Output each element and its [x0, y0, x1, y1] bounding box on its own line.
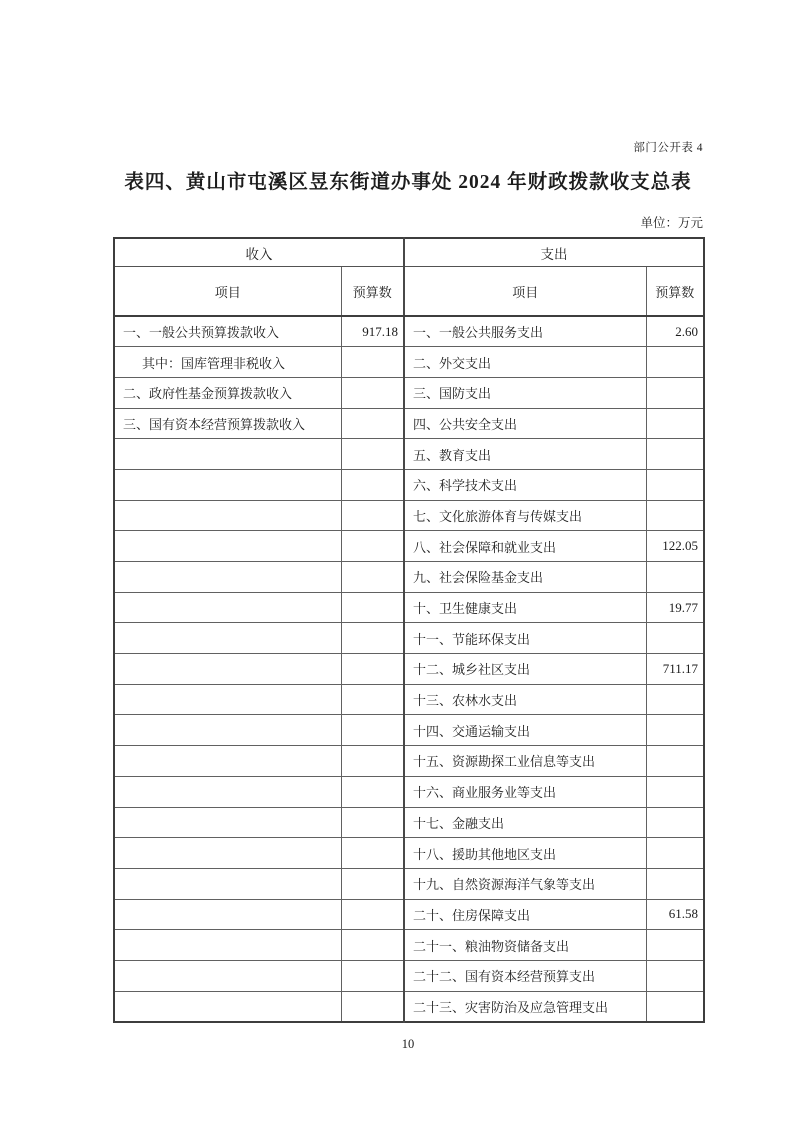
income-budget-cell: [341, 562, 404, 593]
income-item-cell: [114, 960, 341, 991]
table-row: 二十一、粮油物资储备支出: [114, 930, 704, 961]
income-budget-column-header: 预算数: [341, 267, 404, 317]
table-row: 九、社会保险基金支出: [114, 562, 704, 593]
income-budget-cell: [341, 347, 404, 378]
expense-item-cell: 二、外交支出: [404, 347, 646, 378]
expense-item-column-header: 项目: [404, 267, 646, 317]
income-budget-cell: [341, 469, 404, 500]
table-row: 六、科学技术支出: [114, 469, 704, 500]
table-row: 十、卫生健康支出19.77: [114, 592, 704, 623]
income-item-cell: 二、政府性基金预算拨款收入: [114, 377, 341, 408]
income-item-cell: [114, 868, 341, 899]
income-budget-cell: [341, 899, 404, 930]
income-budget-cell: [341, 868, 404, 899]
expense-item-cell: 十五、资源勘探工业信息等支出: [404, 746, 646, 777]
expense-budget-cell: [646, 930, 704, 961]
income-item-cell: [114, 623, 341, 654]
income-item-cell: [114, 684, 341, 715]
table-row: 二十、住房保障支出61.58: [114, 899, 704, 930]
expense-budget-cell: [646, 408, 704, 439]
expense-item-cell: 十、卫生健康支出: [404, 592, 646, 623]
income-budget-cell: [341, 960, 404, 991]
unit-label: 单位：万元: [113, 213, 703, 231]
expense-budget-cell: 2.60: [646, 316, 704, 347]
income-budget-cell: [341, 991, 404, 1022]
income-section-header: 收入: [114, 238, 404, 267]
expense-budget-cell: [646, 776, 704, 807]
table-header: 收入 支出 项目 预算数 项目 预算数: [114, 238, 704, 316]
income-item-cell: [114, 439, 341, 470]
table-row: 十六、商业服务业等支出: [114, 776, 704, 807]
expense-budget-cell: 61.58: [646, 899, 704, 930]
table-row: 十九、自然资源海洋气象等支出: [114, 868, 704, 899]
income-budget-cell: [341, 654, 404, 685]
expense-item-cell: 三、国防支出: [404, 377, 646, 408]
table-row: 七、文化旅游体育与传媒支出: [114, 500, 704, 531]
income-budget-cell: [341, 715, 404, 746]
expense-item-cell: 二十一、粮油物资储备支出: [404, 930, 646, 961]
income-item-cell: 一、一般公共预算拨款收入: [114, 316, 341, 347]
expense-item-cell: 二十三、灾害防治及应急管理支出: [404, 991, 646, 1022]
table-row: 五、教育支出: [114, 439, 704, 470]
income-budget-cell: [341, 684, 404, 715]
income-budget-cell: 917.18: [341, 316, 404, 347]
expense-budget-cell: [646, 868, 704, 899]
income-item-cell: [114, 807, 341, 838]
expense-item-cell: 五、教育支出: [404, 439, 646, 470]
income-budget-cell: [341, 500, 404, 531]
income-item-cell: [114, 562, 341, 593]
table-row: 十一、节能环保支出: [114, 623, 704, 654]
expense-item-cell: 二十、住房保障支出: [404, 899, 646, 930]
income-item-cell: [114, 899, 341, 930]
table-row: 二、政府性基金预算拨款收入三、国防支出: [114, 377, 704, 408]
income-budget-cell: [341, 930, 404, 961]
expense-item-cell: 十三、农林水支出: [404, 684, 646, 715]
expense-item-cell: 十八、援助其他地区支出: [404, 838, 646, 869]
income-budget-cell: [341, 776, 404, 807]
budget-table: 收入 支出 项目 预算数 项目 预算数 一、一般公共预算拨款收入917.18一、…: [113, 237, 705, 1023]
expense-item-cell: 十四、交通运输支出: [404, 715, 646, 746]
expense-budget-cell: 711.17: [646, 654, 704, 685]
table-row: 八、社会保障和就业支出122.05: [114, 531, 704, 562]
income-budget-cell: [341, 838, 404, 869]
income-item-cell: [114, 654, 341, 685]
expense-budget-cell: [646, 377, 704, 408]
expense-item-cell: 十九、自然资源海洋气象等支出: [404, 868, 646, 899]
page-title: 表四、黄山市屯溪区昱东街道办事处 2024 年财政拨款收支总表: [113, 166, 703, 194]
expense-budget-cell: [646, 562, 704, 593]
table-row: 十三、农林水支出: [114, 684, 704, 715]
income-item-cell: [114, 746, 341, 777]
table-row: 十四、交通运输支出: [114, 715, 704, 746]
page-number: 10: [113, 1037, 703, 1052]
expense-item-cell: 十二、城乡社区支出: [404, 654, 646, 685]
document-page: 部门公开表 4 表四、黄山市屯溪区昱东街道办事处 2024 年财政拨款收支总表 …: [113, 139, 703, 1052]
expense-item-cell: 九、社会保险基金支出: [404, 562, 646, 593]
income-item-cell: [114, 592, 341, 623]
expense-budget-cell: [646, 746, 704, 777]
expense-budget-cell: [646, 500, 704, 531]
income-budget-cell: [341, 408, 404, 439]
income-item-cell: [114, 469, 341, 500]
table-row: 二十三、灾害防治及应急管理支出: [114, 991, 704, 1022]
doc-label: 部门公开表 4: [113, 139, 703, 155]
group-header-row: 收入 支出: [114, 238, 704, 267]
income-item-cell: 其中：国库管理非税收入: [114, 347, 341, 378]
expense-item-cell: 四、公共安全支出: [404, 408, 646, 439]
income-budget-cell: [341, 377, 404, 408]
expense-item-cell: 七、文化旅游体育与传媒支出: [404, 500, 646, 531]
table-row: 十八、援助其他地区支出: [114, 838, 704, 869]
expense-budget-cell: [646, 684, 704, 715]
income-item-column-header: 项目: [114, 267, 341, 317]
expense-item-cell: 二十二、国有资本经营预算支出: [404, 960, 646, 991]
table-row: 三、国有资本经营预算拨款收入四、公共安全支出: [114, 408, 704, 439]
table-row: 十五、资源勘探工业信息等支出: [114, 746, 704, 777]
income-budget-cell: [341, 807, 404, 838]
expense-budget-cell: [646, 991, 704, 1022]
income-budget-cell: [341, 746, 404, 777]
expense-item-cell: 六、科学技术支出: [404, 469, 646, 500]
expense-budget-cell: 19.77: [646, 592, 704, 623]
expense-budget-column-header: 预算数: [646, 267, 704, 317]
expense-item-cell: 一、一般公共服务支出: [404, 316, 646, 347]
expense-item-cell: 十一、节能环保支出: [404, 623, 646, 654]
expense-budget-cell: [646, 623, 704, 654]
expense-budget-cell: [646, 347, 704, 378]
income-item-cell: [114, 991, 341, 1022]
expense-item-cell: 十七、金融支出: [404, 807, 646, 838]
expense-budget-cell: [646, 439, 704, 470]
table-body: 一、一般公共预算拨款收入917.18一、一般公共服务支出2.60其中：国库管理非…: [114, 316, 704, 1022]
income-budget-cell: [341, 439, 404, 470]
income-budget-cell: [341, 592, 404, 623]
expense-budget-cell: [646, 960, 704, 991]
expense-section-header: 支出: [404, 238, 704, 267]
expense-budget-cell: [646, 469, 704, 500]
table-row: 其中：国库管理非税收入二、外交支出: [114, 347, 704, 378]
income-item-cell: 三、国有资本经营预算拨款收入: [114, 408, 341, 439]
income-item-cell: [114, 500, 341, 531]
table-row: 十七、金融支出: [114, 807, 704, 838]
expense-budget-cell: [646, 838, 704, 869]
table-row: 二十二、国有资本经营预算支出: [114, 960, 704, 991]
income-item-cell: [114, 838, 341, 869]
income-item-cell: [114, 715, 341, 746]
income-item-cell: [114, 776, 341, 807]
expense-budget-cell: [646, 715, 704, 746]
table-row: 一、一般公共预算拨款收入917.18一、一般公共服务支出2.60: [114, 316, 704, 347]
income-budget-cell: [341, 623, 404, 654]
expense-budget-cell: 122.05: [646, 531, 704, 562]
expense-item-cell: 八、社会保障和就业支出: [404, 531, 646, 562]
column-header-row: 项目 预算数 项目 预算数: [114, 267, 704, 317]
table-row: 十二、城乡社区支出711.17: [114, 654, 704, 685]
expense-budget-cell: [646, 807, 704, 838]
expense-item-cell: 十六、商业服务业等支出: [404, 776, 646, 807]
income-item-cell: [114, 930, 341, 961]
income-budget-cell: [341, 531, 404, 562]
income-item-cell: [114, 531, 341, 562]
